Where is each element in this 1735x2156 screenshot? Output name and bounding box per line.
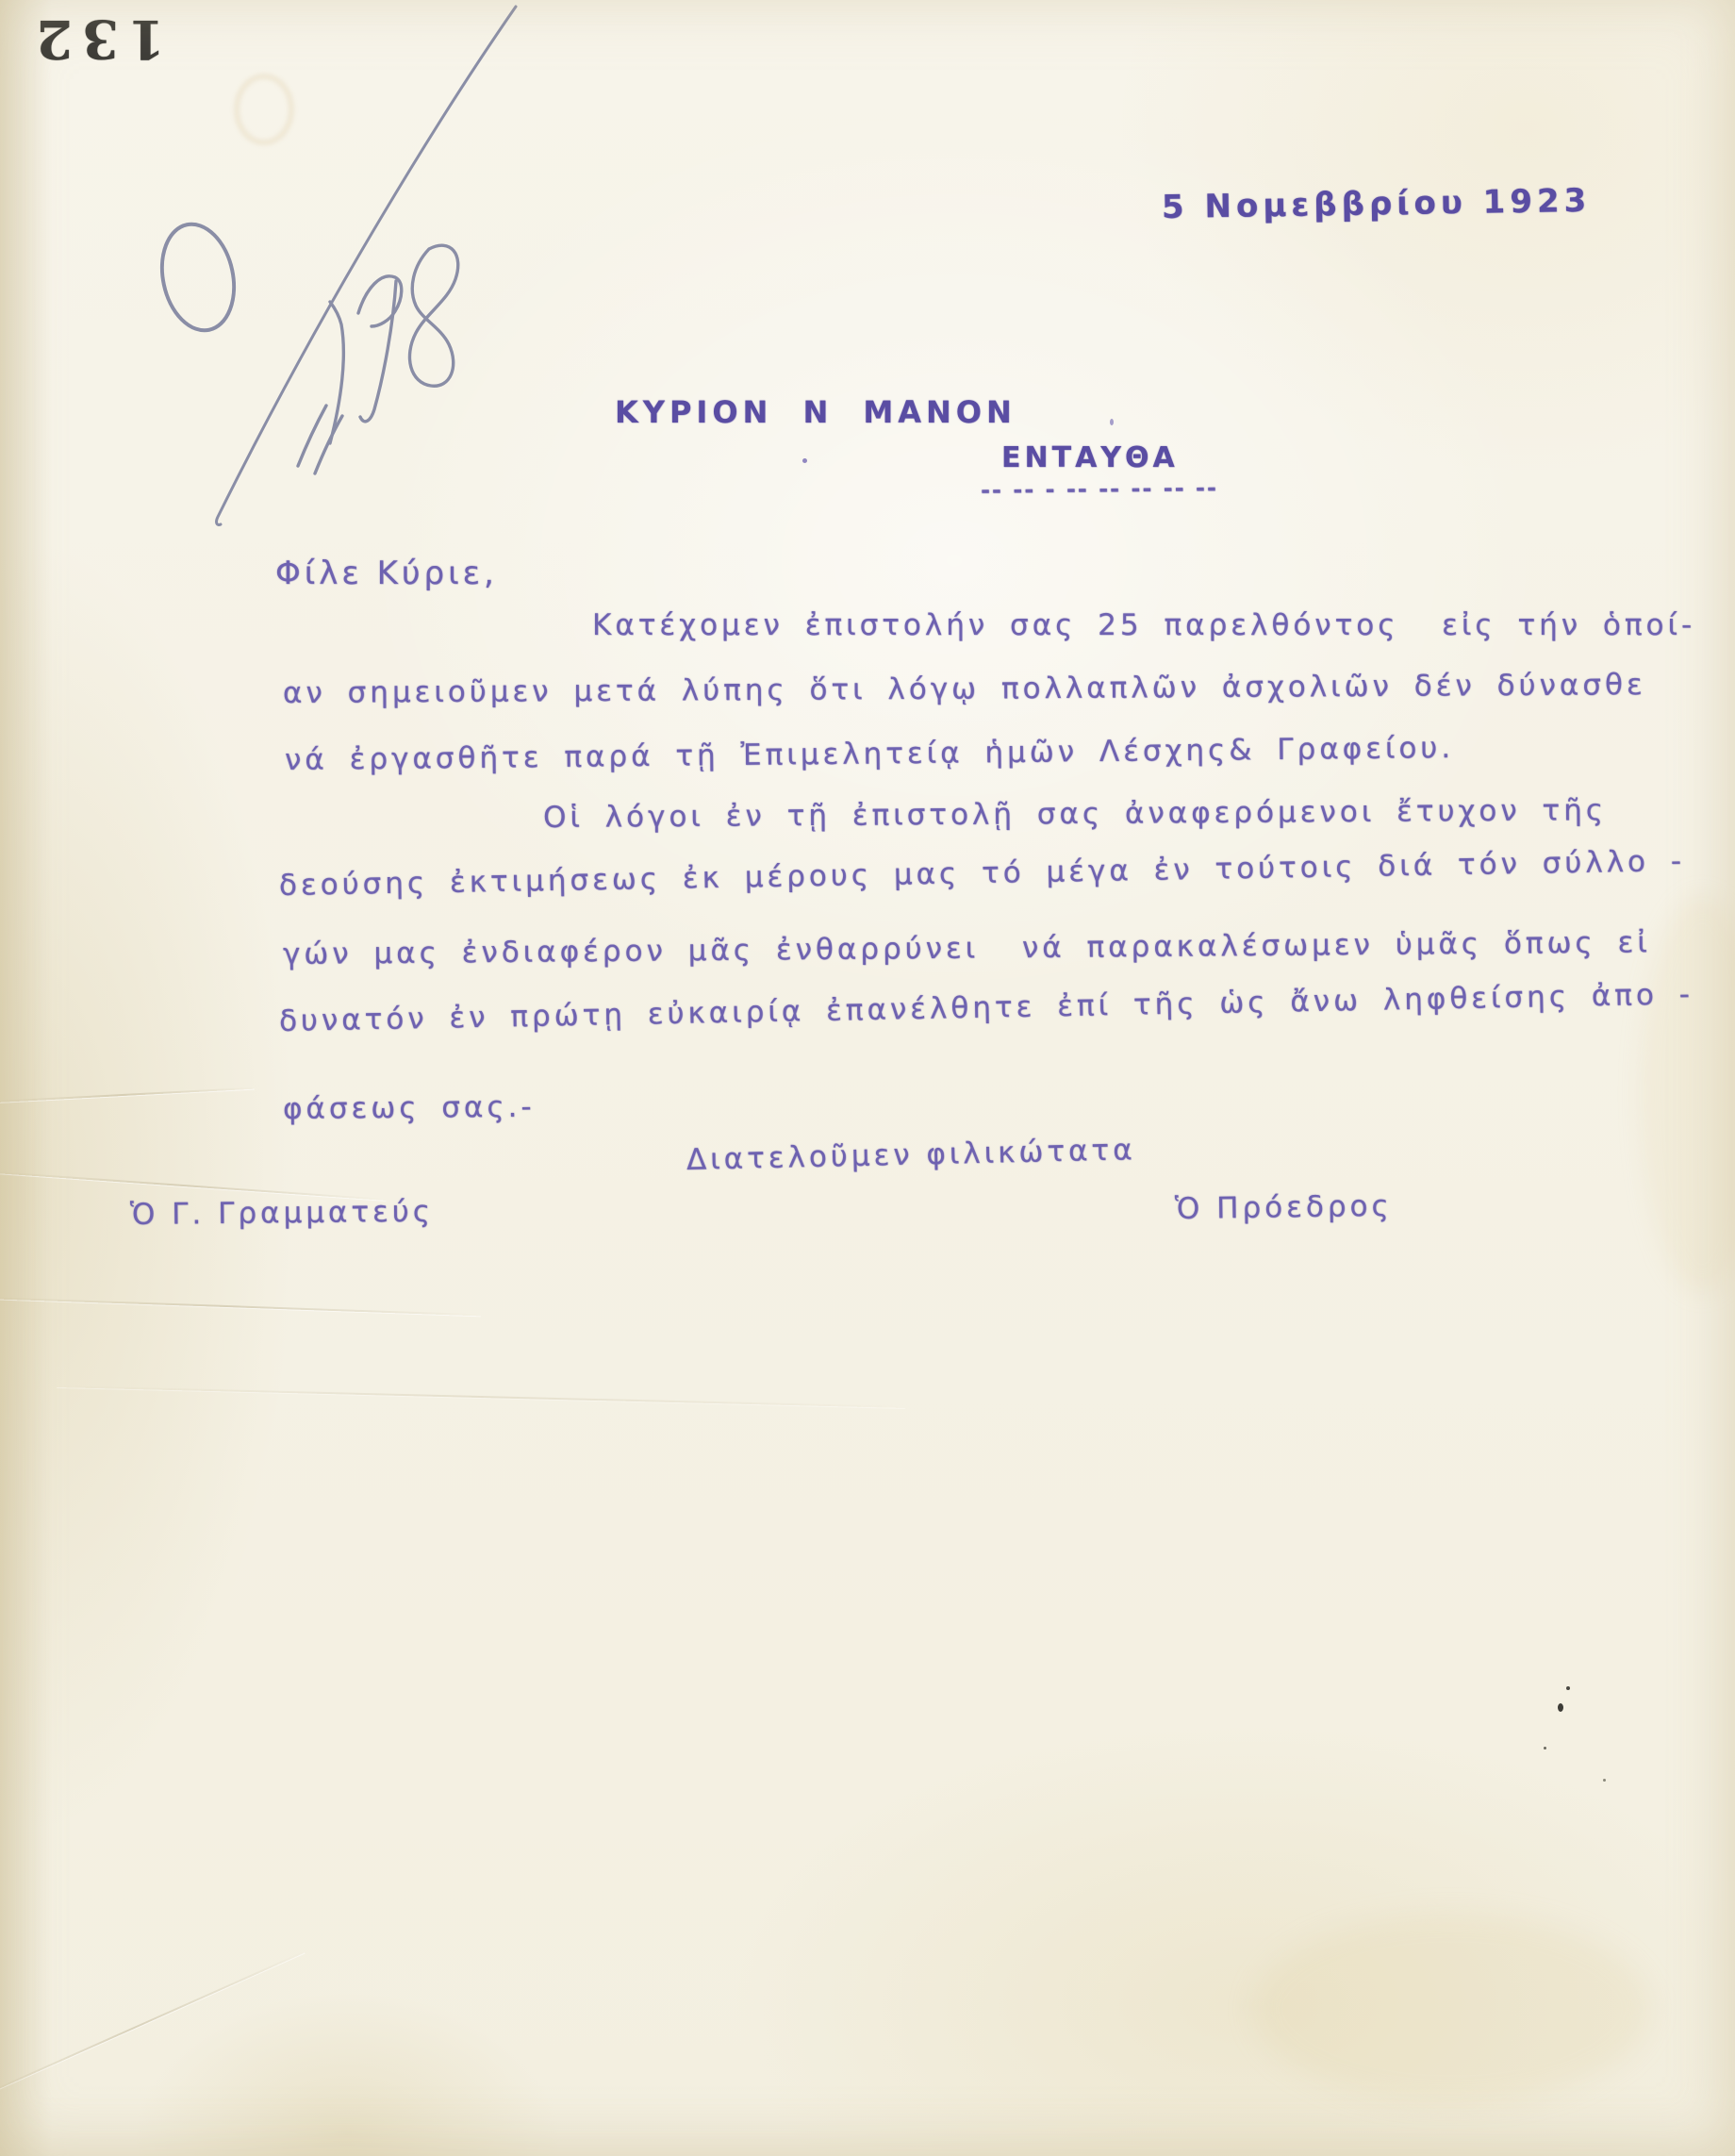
pencil-marks xyxy=(0,0,1735,2156)
paper-stain-ring xyxy=(234,74,294,145)
ink-speck xyxy=(1566,1686,1570,1690)
paper-stain-bottom-right xyxy=(1254,1915,1650,2103)
paper-stain-right xyxy=(1641,896,1735,1292)
body-line: δυνατόν ἐν πρώτῃ εὐκαιρίᾳ ἐπανέλθητε ἐπί… xyxy=(279,977,1694,1038)
body-line: αν σημειοῦμεν μετά λύπης ὅτι λόγῳ πολλαπ… xyxy=(283,668,1646,710)
body-line: δεούσης ἐκτιμήσεως ἐκ μέρους μας τό μέγα… xyxy=(279,844,1686,903)
signature-secretary: Ὁ Γ. Γραμματεύς xyxy=(130,1195,434,1232)
ink-speck xyxy=(1544,1747,1546,1750)
paper-crease xyxy=(0,1087,255,1103)
paper-crease xyxy=(0,1297,481,1317)
pencil-circle-mark xyxy=(153,218,243,338)
closing-line: Διατελοῦμεν φιλικώτατα xyxy=(686,1133,1136,1177)
body-line: φάσεως σας.- xyxy=(283,1090,536,1126)
archive-stamp-number: 132 xyxy=(26,8,165,70)
location-line: ΕΝΤΑΥΘΑ xyxy=(1001,441,1179,474)
pencil-number-178 xyxy=(298,245,458,473)
body-line: Οἱ λόγοι ἐν τῇ ἐπιστολῇ σας ἀναφερόμενοι… xyxy=(543,793,1607,835)
body-line: Κατέχομεν ἐπιστολήν σας 25 παρελθόντος ε… xyxy=(592,608,1695,642)
pencil-slash-mark xyxy=(217,7,516,525)
letter-page: 132 5 Νομεββρίου 1923 ΚΥΡΙΟΝ Ν ΜΑΝΟΝ ΕΝΤ… xyxy=(0,0,1735,2156)
salutation: Φίλε Κύριε, xyxy=(275,555,498,592)
ink-speck xyxy=(1110,419,1114,425)
date-line: 5 Νομεββρίου 1923 xyxy=(1162,182,1592,226)
location-underline: -- -- - -- -- -- -- -- xyxy=(981,474,1218,504)
ink-speck xyxy=(1603,1779,1606,1782)
signature-president: Ὁ Πρόεδρος xyxy=(1175,1189,1393,1226)
recipient-line: ΚΥΡΙΟΝ Ν ΜΑΝΟΝ xyxy=(615,394,1016,430)
ink-speck xyxy=(1558,1703,1563,1712)
ink-speck xyxy=(802,458,807,463)
body-line: γών μας ἐνδιαφέρον μᾶς ἐνθαρρύνει νά παρ… xyxy=(283,925,1651,971)
body-line: νά ἐργασθῆτε παρά τῇ Ἐπιμελητείᾳ ἡμῶν Λέ… xyxy=(285,731,1454,777)
paper-crease xyxy=(57,1385,905,1408)
paper-crease xyxy=(0,1951,305,2107)
